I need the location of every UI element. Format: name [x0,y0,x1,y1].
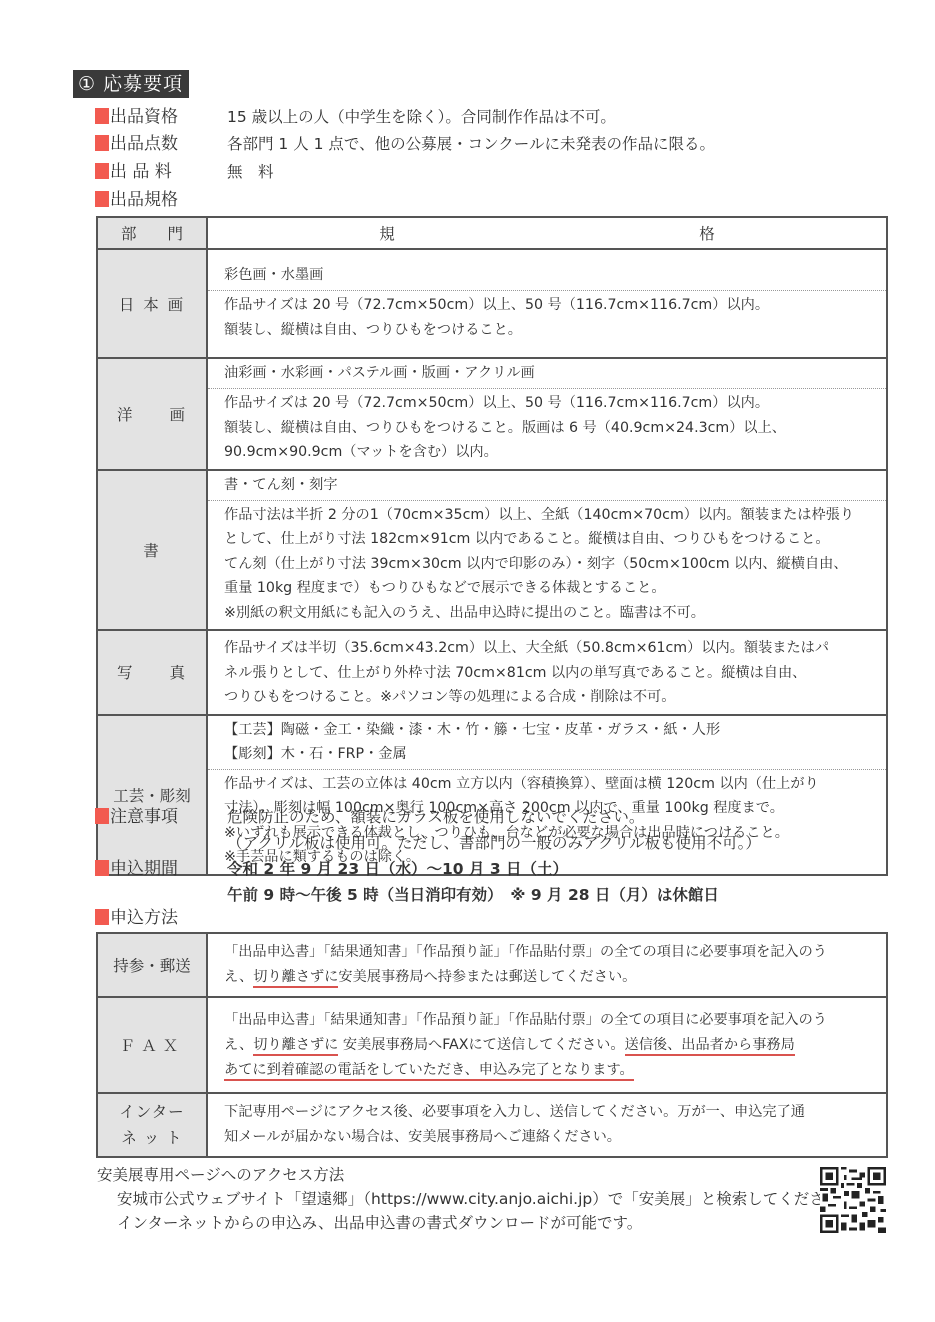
red-square-icon [95,163,109,179]
access-line: 安城市公式ウェブサイト「望遠郷」（https://www.city.anjo.a… [97,1187,856,1211]
red-square-icon [95,860,109,876]
notes-line: 危険防止のため、額装にガラス板を使用しないでください。 [227,808,644,826]
dept-cell: 写 真 [97,630,207,715]
underlined-text: 送信後、出品者から事務局 [625,1037,795,1056]
requirement-label: 出品点数 [110,134,178,154]
apply-row-internet: インター ネ ッ ト 下記専用ページにアクセス後、必要事項を入力し、送信してくだ… [97,1093,887,1157]
apply-line: え、切り離さずに安美展事務局へ持参または郵送してください。 [224,965,870,990]
apply-cell: 「出品申込書」「結果通知書」「作品預り証」「作品貼付票」の全ての項目に必要事項を… [207,933,887,997]
underlined-text: 切り離さずに [253,1037,338,1056]
underlined-text: 切り離さずに [253,969,338,988]
period-line: 令和 2 年 9 月 23 日（水）～10 月 3 日（土） [227,860,568,878]
spec-line: として、仕上がり寸法 182cm×91cm 以内であること。縦横は自由、つりひも… [224,527,870,552]
spec-cell: 書・てん刻・刻字 作品寸法は半折 2 分の1（70cm×35cm）以上、全紙（1… [207,470,887,631]
requirement-spec: 出品規格 [95,188,227,212]
notes-line: （アクリル板は使用可。ただし、書部門の一般のみアクリル板も使用不可。） [227,831,761,855]
apply-cell: 下記専用ページにアクセス後、必要事項を入力し、送信してください。万が一、申込完了… [207,1093,887,1157]
dept-cell: インター ネ ッ ト [97,1093,207,1157]
apply-line: あてに到着確認の電話をしていただき、申込み完了となります。 [224,1058,870,1083]
text: え、 [224,969,253,985]
spec-cell: 油彩画・水彩画・パステル画・版画・アクリル画 作品サイズは 20 号（72.7c… [207,358,887,470]
header-spec-right: 格 [547,222,867,244]
spec-line: 作品サイズは 20 号（72.7cm×50cm）以上、50 号（116.7cm×… [224,391,870,416]
spec-line: つりひもをつけること。※パソコン等の処理による合成・削除は不可。 [224,685,870,710]
text: え、 [224,1037,253,1053]
header-spec: 規格 [207,217,887,249]
apply-line: 「出品申込書」「結果通知書」「作品預り証」「作品貼付票」の全ての項目に必要事項を… [224,1008,870,1033]
requirement-eligibility: 出品資格15 歳以上の人（中学生を除く）。合同制作作品は不可。 [95,105,616,129]
text: 安美展事務局へFAXにて送信してください。 [338,1037,624,1053]
requirement-count: 出品点数各部門 1 人 1 点で、他の公募展・コンクールに未発表の作品に限る。 [95,132,715,156]
red-square-icon [95,191,109,207]
spec-line: 額装し、縦横は自由、つりひもをつけること。 [224,318,870,343]
spec-cell: 作品サイズは半切（35.6cm×43.2cm）以上、大全紙（50.8cm×61c… [207,630,887,715]
dept-cell: 書 [97,470,207,631]
red-square-icon [95,808,109,824]
apply-line: 「出品申込書」「結果通知書」「作品預り証」「作品貼付票」の全ての項目に必要事項を… [224,940,870,965]
dept-cell: 工芸・彫刻 [97,715,207,875]
apply-row-mail: 持参・郵送 「出品申込書」「結果通知書」「作品預り証」「作品貼付票」の全ての項目… [97,933,887,997]
header-spec-left: 規 [227,222,547,244]
spec-line: 重量 10kg 程度まで）もつりひもなどで展示できる体裁とすること。 [224,576,870,601]
apply-row-fax: ＦＡＸ 「出品申込書」「結果通知書」「作品預り証」「作品貼付票」の全ての項目に必… [97,997,887,1093]
dept-line: インター [98,1099,206,1125]
method-label: 申込方法 [110,908,178,928]
requirement-fee: 出 品 料無 料 [95,160,274,184]
period-label: 申込期間 [110,859,178,879]
requirement-label: 出 品 料 [110,162,172,182]
spec-line: 90.9cm×90.9cm（マットを含む）以内。 [224,440,870,465]
spec-line: 作品サイズは、工芸の立体は 40cm 立方以内（容積換算）、壁面は横 120cm… [224,772,870,797]
requirement-value: 無 料 [227,163,274,181]
spec-line: ネル張りとして、仕上がり外枠寸法 70cm×81cm 以内の単写真であること。縦… [224,661,870,686]
notes-label: 注意事項 [110,807,178,827]
dept-cell: 日 本 画 [97,249,207,358]
red-square-icon [95,108,109,124]
spec-sub-line: 【工芸】陶磁・金工・染織・漆・木・竹・籐・七宝・皮革・ガラス・紙・人形 [224,718,870,742]
dept-cell: 洋 画 [97,358,207,470]
apply-method-table: 持参・郵送 「出品申込書」「結果通知書」「作品預り証」「作品貼付票」の全ての項目… [96,932,888,1158]
dept-line: ネ ッ ト [98,1125,206,1151]
section-number: ① [78,73,96,95]
spec-line: ※別紙の釈文用紙にも記入のうえ、出品申込時に提出のこと。臨書は不可。 [224,601,870,626]
section-title: ① 応募要項 [73,70,189,98]
spec-line: てん刻（仕上がり寸法 39cm×30cm 以内で印影のみ）・刻字（50cm×10… [224,552,870,577]
spec-subcategory: 彩色画・水墨画 [208,261,886,291]
apply-line: 下記専用ページにアクセス後、必要事項を入力し、送信してください。万が一、申込完了… [224,1100,870,1125]
red-square-icon [95,909,109,925]
header-dept: 部 門 [97,217,207,249]
requirement-label: 出品資格 [110,107,178,127]
spec-subcategory: 油彩画・水彩画・パステル画・版画・アクリル画 [208,359,886,389]
spec-table: 部 門 規格 日 本 画 彩色画・水墨画 作品サイズは 20 号（72.7cm×… [96,216,888,876]
access-info: 安美展専用ページへのアクセス方法 安城市公式ウェブサイト「望遠郷」（https:… [97,1163,856,1235]
period: 申込期間令和 2 年 9 月 23 日（水）～10 月 3 日（土） [95,857,568,881]
spec-cell: 彩色画・水墨画 作品サイズは 20 号（72.7cm×50cm）以上、50 号（… [207,249,887,358]
underlined-text: あてに到着確認の電話をしていただき、申込み完了となります。 [224,1062,634,1081]
apply-cell: 「出品申込書」「結果通知書」「作品預り証」「作品貼付票」の全ての項目に必要事項を… [207,997,887,1093]
spec-line: 額装し、縦横は自由、つりひもをつけること。版画は 6 号（40.9cm×24.3… [224,416,870,441]
spec-subcategory: 書・てん刻・刻字 [208,471,886,501]
qr-code-icon[interactable] [820,1166,886,1234]
spec-row-sho: 書 書・てん刻・刻字 作品寸法は半折 2 分の1（70cm×35cm）以上、全紙… [97,470,887,631]
access-line: インターネットからの申込み、出品申込書の書式ダウンロードが可能です。 [97,1211,856,1235]
spec-line: 作品サイズは 20 号（72.7cm×50cm）以上、50 号（116.7cm×… [224,293,870,318]
requirement-label: 出品規格 [110,190,178,210]
spec-line: 作品寸法は半折 2 分の1（70cm×35cm）以上、全紙（140cm×70cm… [224,503,870,528]
spec-subcategory: 【工芸】陶磁・金工・染織・漆・木・竹・籐・七宝・皮革・ガラス・紙・人形 【彫刻】… [208,716,886,770]
dept-cell: ＦＡＸ [97,997,207,1093]
spec-line: 作品サイズは半切（35.6cm×43.2cm）以上、大全紙（50.8cm×61c… [224,636,870,661]
apply-line: え、切り離さずに 安美展事務局へFAXにて送信してください。送信後、出品者から事… [224,1033,870,1058]
section-heading: 応募要項 [103,73,183,95]
requirement-value: 各部門 1 人 1 点で、他の公募展・コンクールに未発表の作品に限る。 [227,135,715,153]
access-title: 安美展専用ページへのアクセス方法 [97,1163,856,1187]
spec-row-photo: 写 真 作品サイズは半切（35.6cm×43.2cm）以上、大全紙（50.8cm… [97,630,887,715]
text: 安美展事務局へ持参または郵送してください。 [338,969,636,985]
spec-row-yoga: 洋 画 油彩画・水彩画・パステル画・版画・アクリル画 作品サイズは 20 号（7… [97,358,887,470]
period-line: 午前 9 時～午後 5 時（当日消印有効） ※ 9 月 28 日（月）は休館日 [227,883,719,907]
spec-sub-line: 【彫刻】木・石・FRP・金属 [224,742,870,766]
notes: 注意事項危険防止のため、額装にガラス板を使用しないでください。 [95,805,644,829]
dept-cell: 持参・郵送 [97,933,207,997]
spec-header-row: 部 門 規格 [97,217,887,249]
red-square-icon [95,135,109,151]
spec-row-nihonga: 日 本 画 彩色画・水墨画 作品サイズは 20 号（72.7cm×50cm）以上… [97,249,887,358]
requirement-value: 15 歳以上の人（中学生を除く）。合同制作作品は不可。 [227,108,616,126]
apply-line: 知メールが届かない場合は、安美展事務局へご連絡ください。 [224,1125,870,1150]
method: 申込方法 [95,906,227,930]
